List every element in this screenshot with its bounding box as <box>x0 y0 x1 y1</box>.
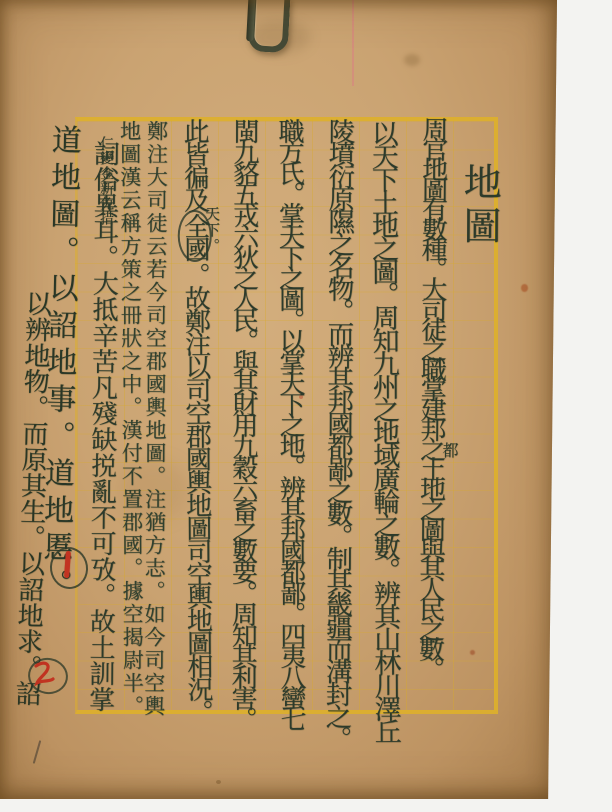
pencil-mark <box>33 740 42 764</box>
text-column-1: 周官地圖有數種。大司徒之職掌建邦之土地之圖與其人民之數。 <box>408 116 446 712</box>
paper-stain <box>521 284 528 292</box>
paper-stain <box>216 780 221 784</box>
column-6-post: 。故鄭注以司空郡國輿地圖司空輿地圖相況。 <box>180 262 213 722</box>
page-title: 地圖 <box>452 162 499 292</box>
faint-red-rule-line <box>352 0 354 86</box>
commentary-column-left-half: 地圖漢云稱方策之冊狀之中。漢付不置郡國。據空揭尉半。 <box>115 120 142 712</box>
scanned-manuscript-photo: 地圖 周官地圖有數種。大司徒之職掌建邦之土地之圖與其人民之數。 都 以天下土地之… <box>0 0 612 812</box>
column-6-pre: 此皆徧及 <box>179 118 210 210</box>
red-correction-mark-2 <box>26 656 66 696</box>
inserted-correction-char: 都 <box>441 442 457 458</box>
text-column-7: 詞俗異耳。大抵辛苦凡殘缺捝亂不可攷。故土訓掌 <box>79 140 118 712</box>
text-column-3: 陵墳衍原隰之名物。而辨其邦國都鄙之數。制其畿疆而溝封之。 <box>314 118 351 712</box>
interlinear-correction: 天下。 <box>204 206 219 254</box>
red-correction-mark-1 <box>50 543 88 587</box>
manuscript-page: 地圖 周官地圖有數種。大司徒之職掌建邦之土地之圖與其人民之數。 都 以天下土地之… <box>0 0 557 799</box>
staple-fastener <box>245 0 288 55</box>
paper-stain <box>404 54 420 66</box>
text-column-2: 以天下土地之圖。周知九州之地域廣輪之數。辨其山林川澤丘 <box>361 120 398 712</box>
text-column-4: 職方氏。掌天下之圖。以掌天下之地。辨其邦國都鄙。四夷八蠻七 <box>268 118 304 712</box>
text-column-5: 閩九貉五戎六狄之人民。與其財用九穀六畜之數要。周知其利害。 <box>221 118 257 712</box>
